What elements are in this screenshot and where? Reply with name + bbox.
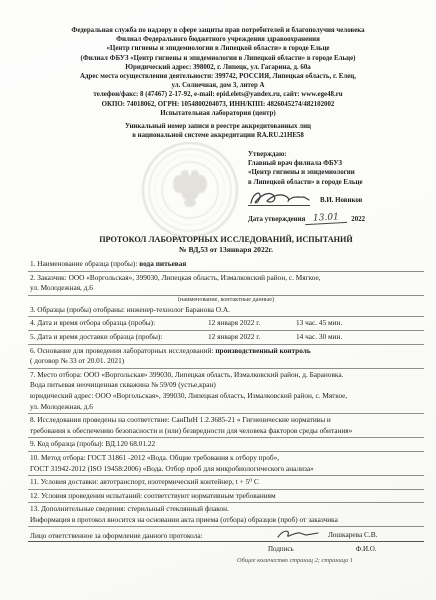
- signature-caption-left: Подпись: [268, 544, 294, 555]
- letterhead-line: ОКПО: 74018062, ОГРН: 1054800204073, ИНН…: [18, 100, 418, 109]
- method-line1: 10. Метод отбора: ГОСТ 31861 -2012 «Вода…: [30, 453, 424, 464]
- approval-date-label: Дата утверждения: [248, 215, 305, 224]
- field-test-conditions: 12. Условия проведения испытаний: соотве…: [28, 490, 424, 504]
- field-basis: 6. Основание для проведения лабораторных…: [28, 345, 424, 369]
- field-label: 4. Дата и время отбора образца (пробы):: [30, 318, 208, 329]
- responsible-label: Лицо ответственное за оформление данного…: [30, 531, 262, 542]
- protocol-number: № ВД,53 от 13января 2022г.: [28, 245, 424, 255]
- place-line4: ул. Молодежная, д.6: [30, 402, 424, 413]
- approver-name: В.И. Новиков: [320, 196, 362, 205]
- responsible-name: Лошкарева С.В.: [328, 530, 377, 541]
- delivery-time: 14 час. 30 мин.: [296, 332, 342, 343]
- field-sample-name: 1. Наименование образца (пробы): вода пи…: [28, 258, 424, 272]
- letterhead: Федеральная служба по надзору в сфере за…: [18, 26, 418, 140]
- approval-position: Главный врач филиала ФБУЗ: [248, 159, 428, 168]
- field-label: 5. Дата и время доставки образца (пробы)…: [30, 332, 208, 343]
- letterhead-line: Филиал Федерального бюджетного учреждени…: [18, 35, 418, 44]
- compliance-line1: 8. Исследования проведены на соответстви…: [30, 415, 424, 426]
- field-compliance: 8. Исследования проведены на соответстви…: [28, 414, 424, 438]
- letterhead-line: «Центр гигиены и эпидемиологии в Липецко…: [18, 44, 418, 53]
- sampling-time: 13 час. 45 мин.: [296, 318, 342, 329]
- place-line1: 7. Место отбора: ООО «Воргольская» 39903…: [30, 370, 424, 381]
- customer-line1: 2. Заказчик: ООО «Воргольская», 399030, …: [30, 273, 424, 284]
- eagle-emblem-icon: [173, 170, 207, 207]
- approval-title: Утверждаю:: [248, 150, 428, 159]
- responsible-signature: [276, 527, 322, 541]
- additional-line1: 13. Дополнительные сведения: стерильный …: [30, 504, 424, 515]
- sampling-date: 12 января 2022 г.: [208, 318, 296, 329]
- delivery-date: 12 января 2022 г.: [208, 332, 296, 343]
- signature-caption-right: Ф.И.О.: [356, 544, 377, 555]
- page-count-note: Общее количество страниц 2; страница 1: [237, 557, 353, 564]
- field-label: 1. Наименование образца (пробы):: [30, 259, 139, 268]
- field-sampled-by: 3. Образцы (пробы) отобраны: инженер-тех…: [28, 304, 424, 318]
- accreditation-note: Уникальный номер записи в реестре аккред…: [18, 122, 418, 140]
- approval-date-year: 2022: [351, 215, 365, 224]
- letterhead-line: Федеральная служба по надзору в сфере за…: [18, 26, 418, 35]
- field-customer: 2. Заказчик: ООО «Воргольская», 399030, …: [28, 272, 424, 296]
- lab-name: Испытательная лаборатория (центр): [18, 109, 418, 118]
- official-round-stamp: [140, 140, 240, 240]
- approval-org-line1: «Центр гигиены и эпидемиологии: [248, 168, 428, 177]
- responsible-person-row: Лицо ответственное за оформление данного…: [28, 527, 424, 542]
- letterhead-line: ул. Солнечная, дом 3, литер А: [18, 81, 418, 90]
- compliance-line2: требования к обеспечению безопасности и …: [30, 426, 424, 437]
- approver-signature-row: В.И. Новиков: [248, 189, 428, 209]
- field-delivery-datetime: 5. Дата и время доставки образца (пробы)…: [28, 331, 424, 345]
- method-line2: ГОСТ 31942-2012 (ISO 19458:2006) «Вода. …: [30, 464, 424, 475]
- letterhead-line: Адрес места осуществления деятельности: …: [18, 72, 418, 81]
- approval-block: Утверждаю: Главный врач филиала ФБУЗ «Це…: [248, 150, 428, 224]
- field-additional-info: 13. Дополнительные сведения: стерильный …: [28, 503, 424, 527]
- approval-date-handwritten: 13.01: [305, 213, 347, 225]
- additional-line2: Информация в протокол вносится на основа…: [30, 515, 424, 526]
- letterhead-line: Юридический адрес: 398002, г. Липецк, ул…: [18, 63, 418, 72]
- field-delivery-conditions: 11. Условия доставки: автотранспорт, изо…: [28, 476, 424, 490]
- field-sampling-place: 7. Место отбора: ООО «Воргольская» 39903…: [28, 369, 424, 414]
- approval-date-row: Дата утверждения 13.01 2022: [248, 214, 428, 224]
- protocol-title: ПРОТОКОЛ ЛАБОРАТОРНЫХ ИССЛЕДОВАНИЙ, ИСПЫ…: [28, 234, 424, 245]
- customer-line2: ул. Молодежная, д.6: [30, 283, 424, 294]
- basis-contract: ( договор № 33 от 20.01. 2021): [30, 356, 424, 367]
- place-line3: юридический адрес: ООО «Воргольская», 39…: [30, 391, 424, 402]
- letterhead-line: (Филиал ФБУЗ «Центр гигиены и эпидемиоло…: [18, 54, 418, 63]
- field-value: вода питьевая: [139, 259, 186, 268]
- approval-org-line2: в Липецкой области» в городе Ельце: [248, 178, 428, 187]
- signature-line: [248, 205, 310, 206]
- protocol-document-page: Федеральная служба по надзору в сфере за…: [0, 0, 436, 600]
- signature-captions: Подпись Ф.И.О.: [28, 542, 424, 555]
- letterhead-line: телефон/факс: 8 (47467) 2-17-92, e-mail:…: [18, 90, 418, 99]
- accreditation-line1: Уникальный номер записи в реестре аккред…: [18, 122, 418, 131]
- field-value: производственный контроль: [215, 346, 310, 355]
- protocol-body: ПРОТОКОЛ ЛАБОРАТОРНЫХ ИССЛЕДОВАНИЙ, ИСПЫ…: [28, 234, 424, 555]
- field-label: 6. Основание для проведения лабораторных…: [30, 346, 215, 355]
- place-line2: Вода питьевая неочищенная скважина № 59/…: [30, 380, 424, 391]
- customer-caption: (наименование, контактные данные): [28, 296, 424, 304]
- field-sampling-datetime: 4. Дата и время отбора образца (пробы): …: [28, 317, 424, 331]
- field-sampling-method: 10. Метод отбора: ГОСТ 31861 -2012 «Вода…: [28, 452, 424, 476]
- field-sample-code: 9. Код образца (пробы): ВД.120 68.01.22: [28, 438, 424, 452]
